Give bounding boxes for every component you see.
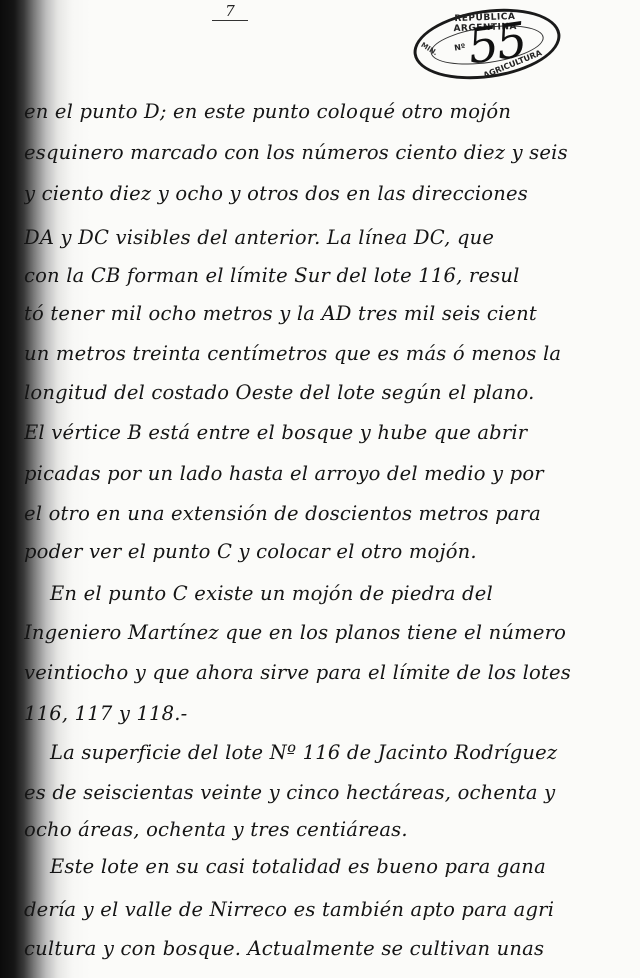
- text-line: veintiocho y que ahora sirve para el lím…: [24, 661, 634, 695]
- text-line: ocho áreas, ochenta y tres centiáreas.: [24, 818, 634, 852]
- scanned-manuscript-page: 7 REPÚBLICA ARGENTINA MIN. Nº 55 AGRICUL…: [0, 0, 640, 978]
- text-line: en el punto D; en este punto coloqué otr…: [24, 100, 634, 134]
- text-line: DA y DC visibles del anterior. La línea …: [24, 226, 634, 260]
- text-line: Ingeniero Martínez que en los planos tie…: [24, 621, 634, 655]
- text-line: es de seiscientas veinte y cinco hectáre…: [24, 781, 634, 815]
- text-line: y ciento diez y ocho y otros dos en las …: [24, 182, 634, 216]
- text-line: tó tener mil ocho metros y la AD tres mi…: [24, 302, 634, 336]
- handwritten-text-body: en el punto D; en este punto coloqué otr…: [0, 0, 640, 978]
- text-line: 116, 117 y 118.-: [24, 702, 634, 736]
- text-line: La superficie del lote Nº 116 de Jacinto…: [24, 741, 634, 775]
- text-line: longitud del costado Oeste del lote segú…: [24, 381, 634, 415]
- text-line: con la CB forman el límite Sur del lote …: [24, 264, 634, 298]
- text-line: un metros treinta centímetros que es más…: [24, 342, 634, 376]
- text-line: dería y el valle de Nirreco es también a…: [24, 898, 634, 932]
- text-line: El vértice B está entre el bosque y hube…: [24, 421, 634, 455]
- text-line: poder ver el punto C y colocar el otro m…: [24, 540, 634, 574]
- text-line: esquinero marcado con los números ciento…: [24, 141, 634, 175]
- text-line: picadas por un lado hasta el arroyo del …: [24, 462, 634, 496]
- text-line: el otro en una extensión de doscientos m…: [24, 502, 634, 536]
- text-line: En el punto C existe un mojón de piedra …: [24, 582, 634, 616]
- text-line: Este lote en su casi totalidad es bueno …: [24, 855, 634, 889]
- text-line: cultura y con bosque. Actualmente se cul…: [24, 937, 634, 971]
